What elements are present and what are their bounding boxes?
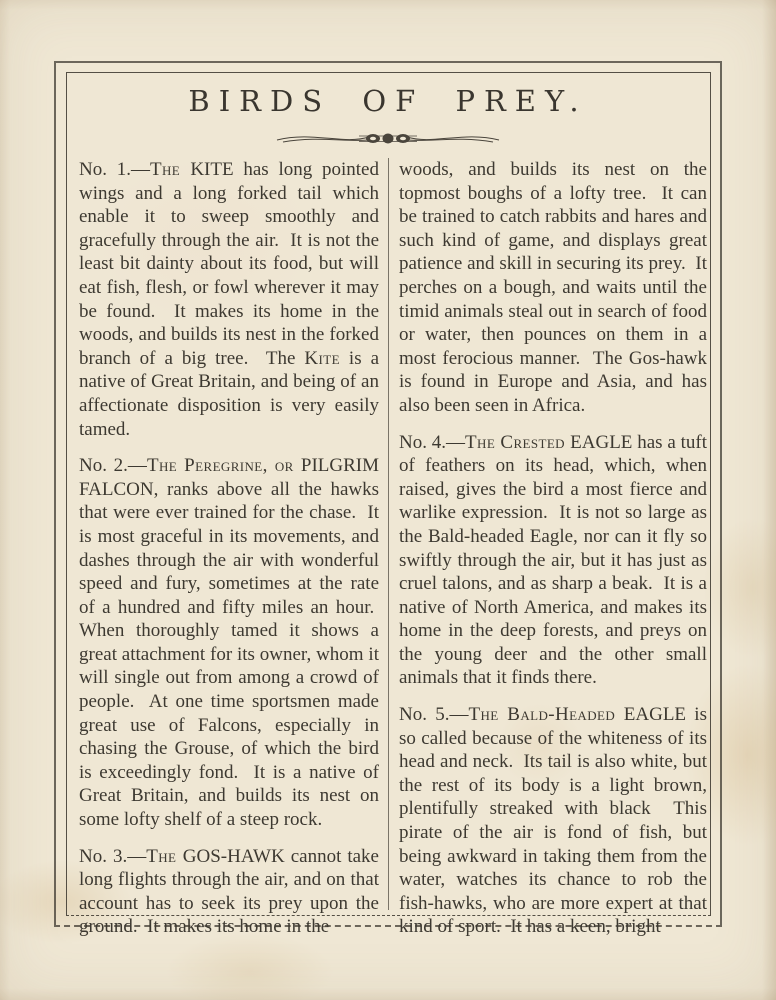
body-text: has a tuft of feathers on its head, whic… — [399, 432, 707, 689]
paragraph: No. 5.—The Bald-Headed EAGLE is so calle… — [399, 703, 707, 939]
body-text: has long pointed wings and a long forked… — [79, 159, 379, 369]
paragraph: woods, and builds its nest on the topmos… — [399, 158, 707, 418]
body-text: No. 4.— — [399, 432, 465, 453]
page-title: BIRDS OF PREY. — [0, 84, 776, 118]
paragraph: No. 1.—The KITE has long pointed wings a… — [79, 158, 379, 441]
body-text: woods, and builds its nest on the topmos… — [399, 159, 707, 416]
paragraph: No. 3.—The GOS-HAWK cannot take long fli… — [79, 845, 379, 939]
small-caps-text: The Crested — [465, 432, 570, 453]
small-caps-text: The Bald-Headed — [468, 704, 623, 725]
body-text: No. 3.— — [79, 846, 146, 867]
flourish-divider-icon — [0, 127, 776, 149]
text-columns: No. 1.—The KITE has long pointed wings a… — [79, 158, 707, 910]
body-text: No. 2.— — [79, 455, 147, 476]
body-text: No. 1.— — [79, 159, 150, 180]
body-text: is so called because of the whiteness of… — [399, 704, 707, 937]
scanned-page: BIRDS OF PREY. No. 1.—The KITE has — [0, 0, 776, 1000]
small-caps-text: The — [146, 846, 183, 867]
paragraph: No. 4.—The Crested EAGLE has a tuft of f… — [399, 431, 707, 691]
left-column: No. 1.—The KITE has long pointed wings a… — [79, 158, 388, 910]
body-text: EAGLE — [624, 704, 686, 725]
body-text: No. 5.— — [399, 704, 468, 725]
body-text: KITE — [190, 159, 233, 180]
body-text: EAGLE — [570, 432, 632, 453]
small-caps-text: The — [150, 159, 190, 180]
body-text: GOS-HAWK — [183, 846, 285, 867]
small-caps-text: The Peregrine, or — [147, 455, 301, 476]
right-column: woods, and builds its nest on the topmos… — [389, 158, 707, 910]
small-caps-text: Kite — [304, 348, 340, 369]
paragraph: No. 2.—The Peregrine, or PILGRIM FALCON,… — [79, 454, 379, 832]
body-text: , ranks above all the hawks that were ev… — [79, 479, 379, 830]
